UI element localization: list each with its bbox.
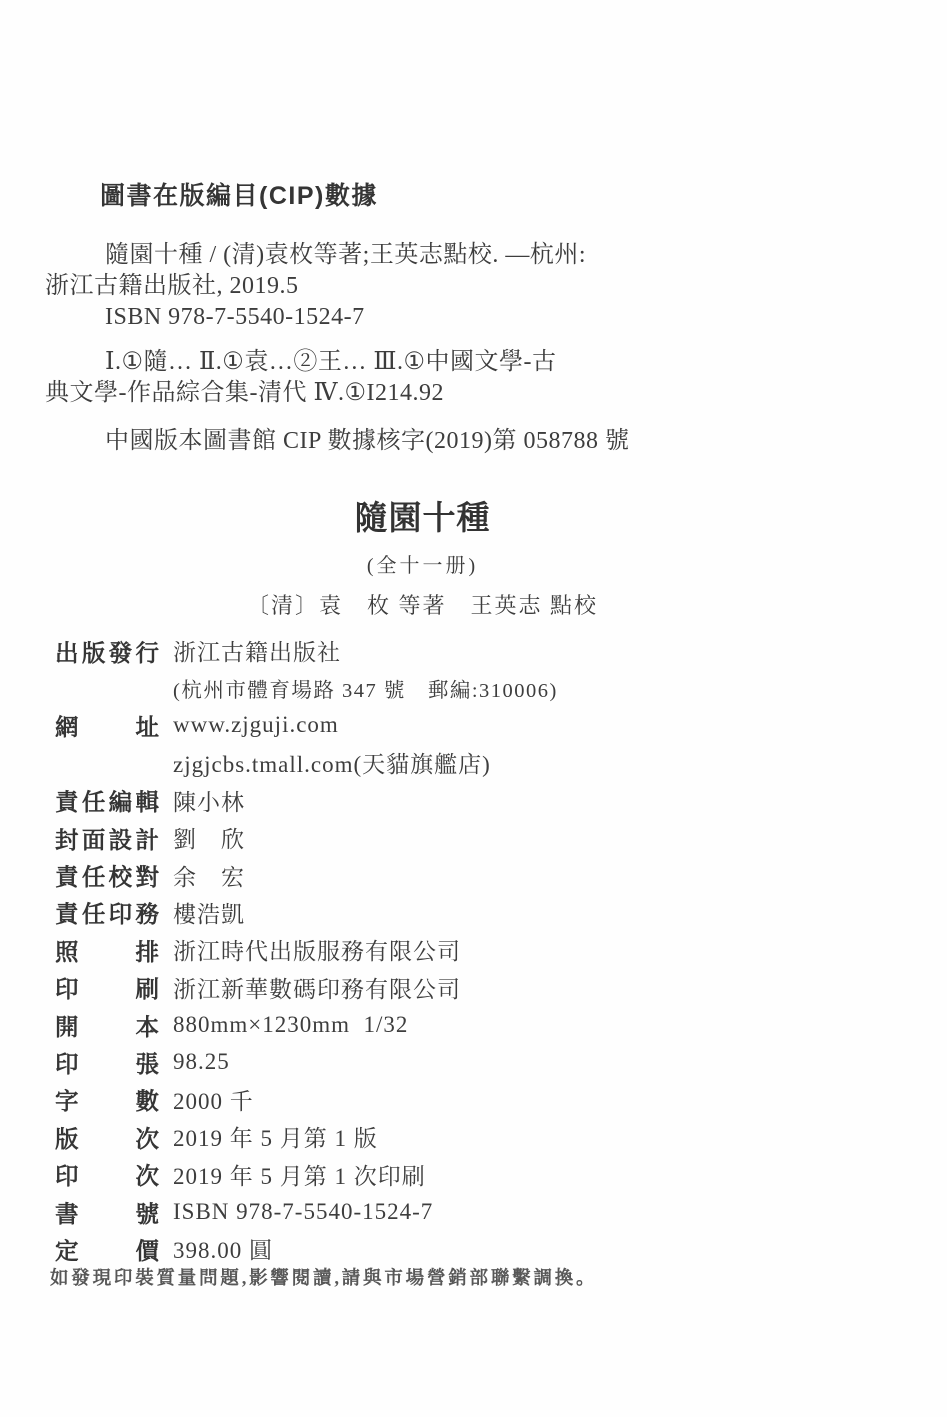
cip-entry-isbn: ISBN 978-7-5540-1524-7 xyxy=(45,302,685,333)
row-label: 責任校對 xyxy=(55,858,159,892)
row-value: 陳小林 xyxy=(173,784,245,817)
row-value: ISBN 978-7-5540-1524-7 xyxy=(173,1199,433,1225)
colophon-row-proofreader: 責任校對 余 宏 xyxy=(55,856,775,893)
colophon-row-printing: 印刷 浙江新華數碼印務有限公司 xyxy=(55,969,775,1006)
colophon-row-tmall-store: zjgjcbs.tmall.com(天貓旗艦店) xyxy=(55,744,775,781)
row-label: 定價 xyxy=(55,1232,159,1266)
colophon-row-sheets: 印張 98.25 xyxy=(55,1043,775,1080)
row-label: 版次 xyxy=(55,1120,159,1154)
cip-block: 圖書在版編目(CIP)數據 隨園十種 / (清)袁枚等著;王英志點校. —杭州:… xyxy=(45,182,685,457)
row-label: 責任印務 xyxy=(55,895,159,929)
row-value: zjgjcbs.tmall.com(天貓旗艦店) xyxy=(173,746,491,779)
row-label: 印刷 xyxy=(55,970,159,1004)
row-value: 2019 年 5 月第 1 版 xyxy=(173,1120,378,1153)
row-value: 浙江古籍出版社 xyxy=(173,634,341,667)
colophon-row-impression: 印次 2019 年 5 月第 1 次印刷 xyxy=(55,1155,775,1192)
colophon-row-publisher: 出版發行 浙江古籍出版社 xyxy=(55,632,775,669)
row-value: www.zjguji.com xyxy=(173,712,339,738)
row-value: 浙江新華數碼印務有限公司 xyxy=(173,971,461,1004)
row-value: 880mm×1230mm 1/32 xyxy=(173,1012,408,1038)
book-volume-count: (全十一册) xyxy=(45,553,800,579)
book-title: 隨園十種 xyxy=(45,498,800,538)
colophon-table: 出版發行 浙江古籍出版社 (杭州市體育場路 347 號 郵編:310006) 網… xyxy=(55,632,775,1268)
row-label: 封面設計 xyxy=(55,821,159,855)
cip-classification: Ⅰ.①隨… Ⅱ.①袁…②王… Ⅲ.①中國文學-古 典文學-作品綜合集-清代 Ⅳ.… xyxy=(45,347,685,409)
row-value: 余 宏 xyxy=(173,859,245,892)
colophon-row-editor: 責任編輯 陳小林 xyxy=(55,782,775,819)
row-value: 398.00 圓 xyxy=(173,1232,273,1265)
row-value: 2019 年 5 月第 1 次印刷 xyxy=(173,1158,426,1191)
cip-class-line-1: Ⅰ.①隨… Ⅱ.①袁…②王… Ⅲ.①中國文學-古 xyxy=(45,347,685,378)
row-value: 98.25 xyxy=(173,1049,230,1075)
colophon-row-word-count: 字數 2000 千 xyxy=(55,1081,775,1118)
colophon-row-website: 網址 www.zjguji.com xyxy=(55,707,775,744)
row-value: 劉 欣 xyxy=(173,821,245,854)
colophon-row-price: 定價 398.00 圓 xyxy=(55,1230,775,1267)
row-value: 浙江時代出版服務有限公司 xyxy=(173,933,461,966)
row-label: 字數 xyxy=(55,1082,159,1116)
row-value: 樓浩凱 xyxy=(173,896,245,929)
colophon-row-cover-design: 封面設計 劉 欣 xyxy=(55,819,775,856)
row-label: 書號 xyxy=(55,1195,159,1229)
colophon-row-isbn: 書號 ISBN 978-7-5540-1524-7 xyxy=(55,1193,775,1230)
colophon-row-typesetting: 照排 浙江時代出版服務有限公司 xyxy=(55,931,775,968)
colophon-row-format: 開本 880mm×1230mm 1/32 xyxy=(55,1006,775,1043)
row-label: 照排 xyxy=(55,933,159,967)
book-copyright-page: 圖書在版編目(CIP)數據 隨園十種 / (清)袁枚等著;王英志點校. —杭州:… xyxy=(0,0,947,1417)
colophon-row-publisher-address: (杭州市體育場路 347 號 郵編:310006) xyxy=(55,669,775,706)
cip-heading: 圖書在版編目(CIP)數據 xyxy=(100,182,685,210)
row-label: 出版發行 xyxy=(55,634,159,668)
row-label: 印次 xyxy=(55,1157,159,1191)
row-value: (杭州市體育場路 347 號 郵編:310006) xyxy=(173,673,558,703)
row-label: 網址 xyxy=(55,708,159,742)
cip-entry: 隨園十種 / (清)袁枚等著;王英志點校. —杭州: 浙江古籍出版社, 2019… xyxy=(45,240,685,333)
colophon-row-edition: 版次 2019 年 5 月第 1 版 xyxy=(55,1118,775,1155)
cip-entry-line-1: 隨園十種 / (清)袁枚等著;王英志點校. —杭州: xyxy=(45,240,685,271)
cip-record-number: 中國版本圖書館 CIP 數據核字(2019)第 058788 號 xyxy=(45,426,685,457)
row-label: 責任編輯 xyxy=(55,783,159,817)
cip-class-line-2: 典文學-作品綜合集-清代 Ⅳ.①I214.92 xyxy=(45,378,685,409)
row-label: 印張 xyxy=(55,1045,159,1079)
title-block: 隨園十種 (全十一册) 〔清〕袁 枚 等著 王英志 點校 xyxy=(45,498,800,620)
colophon-row-print-supervisor: 責任印務 樓浩凱 xyxy=(55,894,775,931)
book-authors: 〔清〕袁 枚 等著 王英志 點校 xyxy=(45,592,800,620)
cip-entry-line-2: 浙江古籍出版社, 2019.5 xyxy=(45,271,685,302)
quality-exchange-note: 如發現印裝質量問題,影響閱讀,請與市場營銷部聯繫調換。 xyxy=(50,1266,597,1292)
row-value: 2000 千 xyxy=(173,1083,254,1116)
row-label: 開本 xyxy=(55,1008,159,1042)
